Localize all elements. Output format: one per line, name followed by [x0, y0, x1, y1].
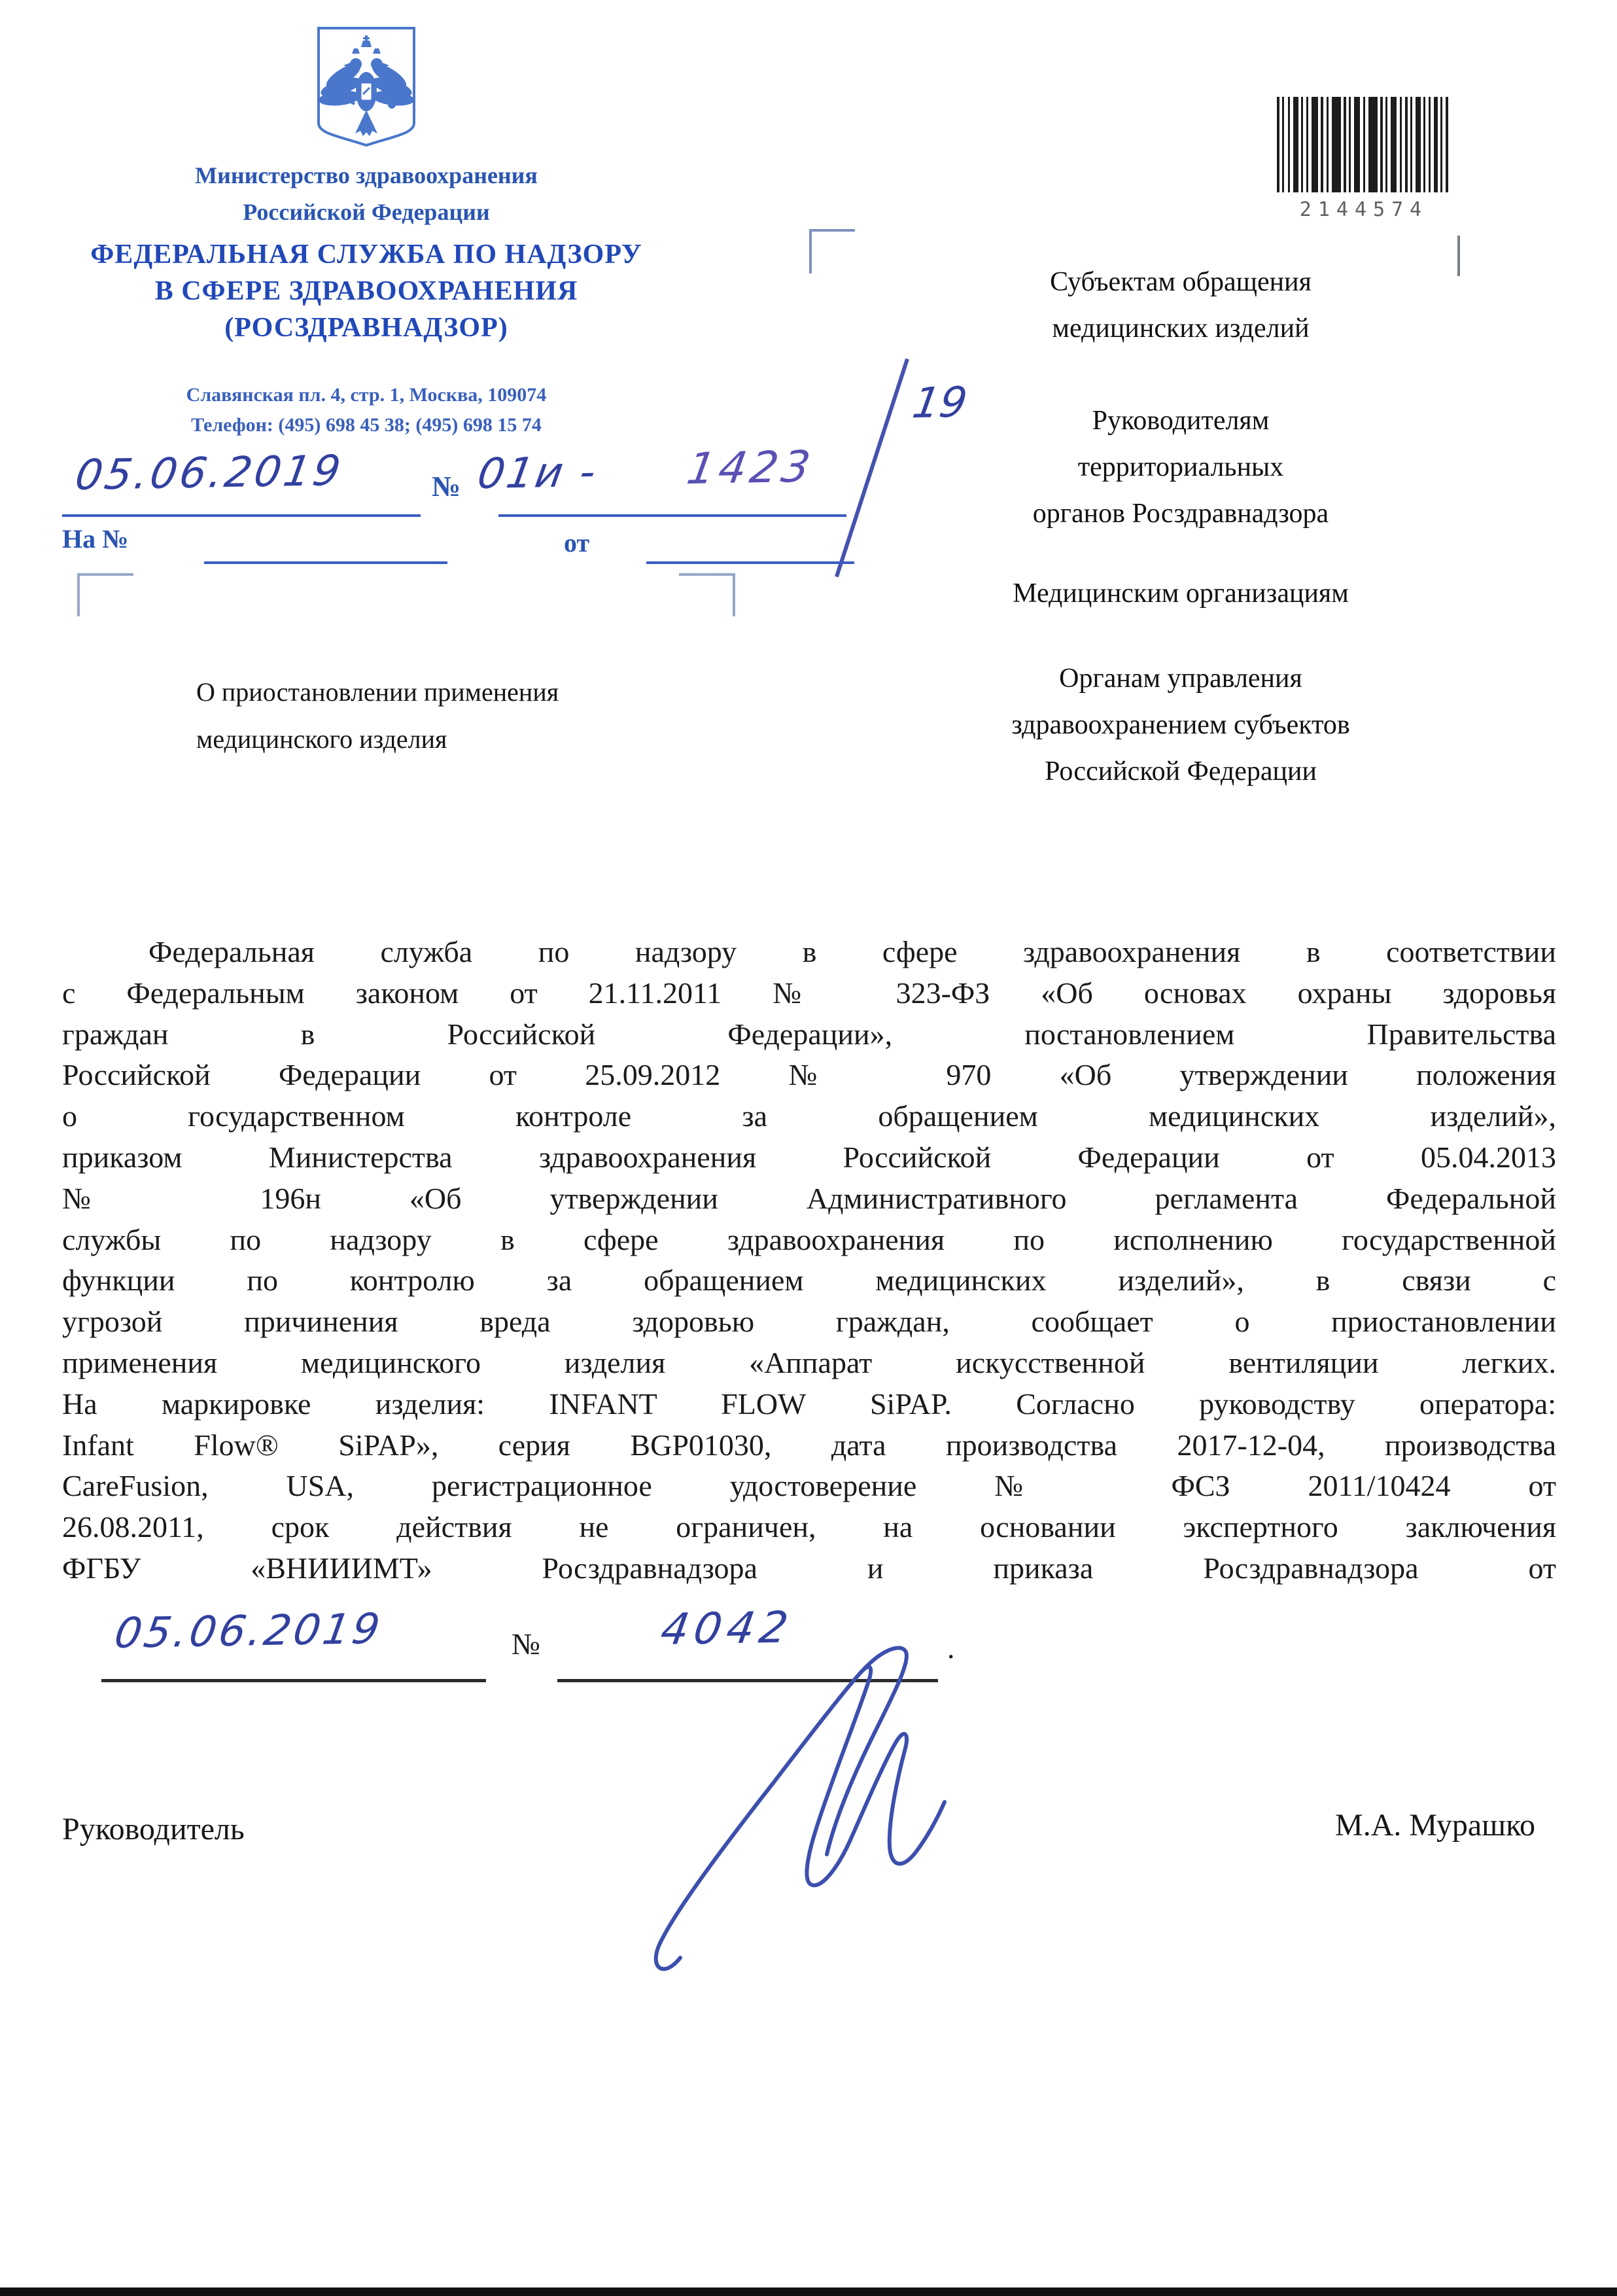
service-name-line2: В СФЕРЕ ЗДРАВООХРАНЕНИЯ [85, 273, 648, 309]
addressee-subjects: Субъектам обращения медицинских изделий [811, 259, 1550, 352]
body-line: ФГБУ «ВНИИИМТ» Росздравнадзора и приказа… [62, 1548, 1556, 1589]
letterhead-address: Славянская пл. 4, стр. 1, Москва, 109074 [85, 380, 648, 410]
barcode-number: 2144574 [1276, 198, 1452, 221]
ministry-name-line2: Российской Федерации [85, 198, 648, 226]
russian-coat-of-arms-icon [315, 25, 418, 152]
barcode-bars [1277, 97, 1451, 192]
letterhead-phone: Телефон: (495) 698 45 38; (495) 698 15 7… [85, 410, 648, 440]
subject-line: О приостановлении применения медицинског… [196, 669, 693, 763]
outgoing-number-handwritten-part1: 01и - [474, 448, 601, 499]
reply-date-underline [646, 561, 854, 564]
body-line: Российской Федерации от 25.09.2012 № 970… [62, 1055, 1556, 1096]
number-underline [498, 514, 846, 517]
addressee-health-authorities: Органам управления здравоохранением субъ… [811, 656, 1550, 795]
outgoing-date-handwritten: 05.06.2019 [72, 447, 346, 500]
document-page: Министерство здравоохранения Российской … [0, 0, 1617, 2296]
signer-position: Руководитель [62, 1811, 245, 1847]
order-date-underline [101, 1679, 486, 1682]
body-line: службы по надзору в сфере здравоохранени… [62, 1220, 1556, 1261]
scan-edge-bar [0, 2287, 1617, 2296]
body-line: Федеральная служба по надзору в сфере зд… [62, 932, 1556, 973]
number-sign: № [432, 470, 461, 503]
barcode: 2144574 [1276, 97, 1452, 221]
signature-icon [635, 1644, 1014, 1987]
reply-to-number-label: На № [62, 523, 128, 554]
letter-body: Федеральная служба по надзору в сфере зд… [62, 932, 1556, 1589]
ministry-name-line1: Министерство здравоохранения [85, 162, 648, 189]
addressee-territorial-heads: Руководителям территориальных органов Ро… [811, 398, 1550, 537]
body-line: граждан в Российской Федерации», постано… [62, 1014, 1556, 1055]
body-line: функции по контролю за обращением медици… [62, 1260, 1556, 1301]
body-line: CareFusion, USA, регистрационное удостов… [62, 1466, 1556, 1507]
body-line: № 196н «Об утверждении Административного… [62, 1178, 1556, 1220]
order-number-sign: № [512, 1627, 540, 1661]
order-date-handwritten: 05.06.2019 [111, 1605, 385, 1658]
service-name-line3: (РОСЗДРАВНАДЗОР) [85, 309, 648, 346]
corner-mark-right [679, 573, 735, 616]
reply-number-underline [204, 561, 447, 564]
body-line: приказом Министерства здравоохранения Ро… [62, 1137, 1556, 1178]
body-line: применения медицинского изделия «Аппарат… [62, 1343, 1556, 1384]
service-name-line1: ФЕДЕРАЛЬНАЯ СЛУЖБА ПО НАДЗОРУ [85, 236, 648, 273]
corner-mark-left [77, 573, 133, 616]
date-underline [62, 514, 421, 517]
body-line: 26.08.2011, срок действия не ограничен, … [62, 1507, 1556, 1548]
reply-from-label: от [564, 527, 589, 558]
body-line: На маркировке изделия: INFANT FLOW SiPAP… [62, 1384, 1556, 1425]
body-line: о государственном контроле за обращением… [62, 1096, 1556, 1137]
outgoing-number-handwritten-part2: 1423 [684, 442, 818, 494]
addressee-medical-organizations: Медицинским организациям [811, 571, 1550, 617]
signer-name: М.А. Мурашко [1335, 1807, 1535, 1843]
letterhead: Министерство здравоохранения Российской … [85, 25, 648, 440]
body-line: угрозой причинения вреда здоровью гражда… [62, 1301, 1556, 1343]
body-line: с Федеральным законом от 21.11.2011 № 32… [62, 973, 1556, 1014]
body-line: Infant Flow® SiPAP», серия BGP01030, дат… [62, 1425, 1556, 1466]
